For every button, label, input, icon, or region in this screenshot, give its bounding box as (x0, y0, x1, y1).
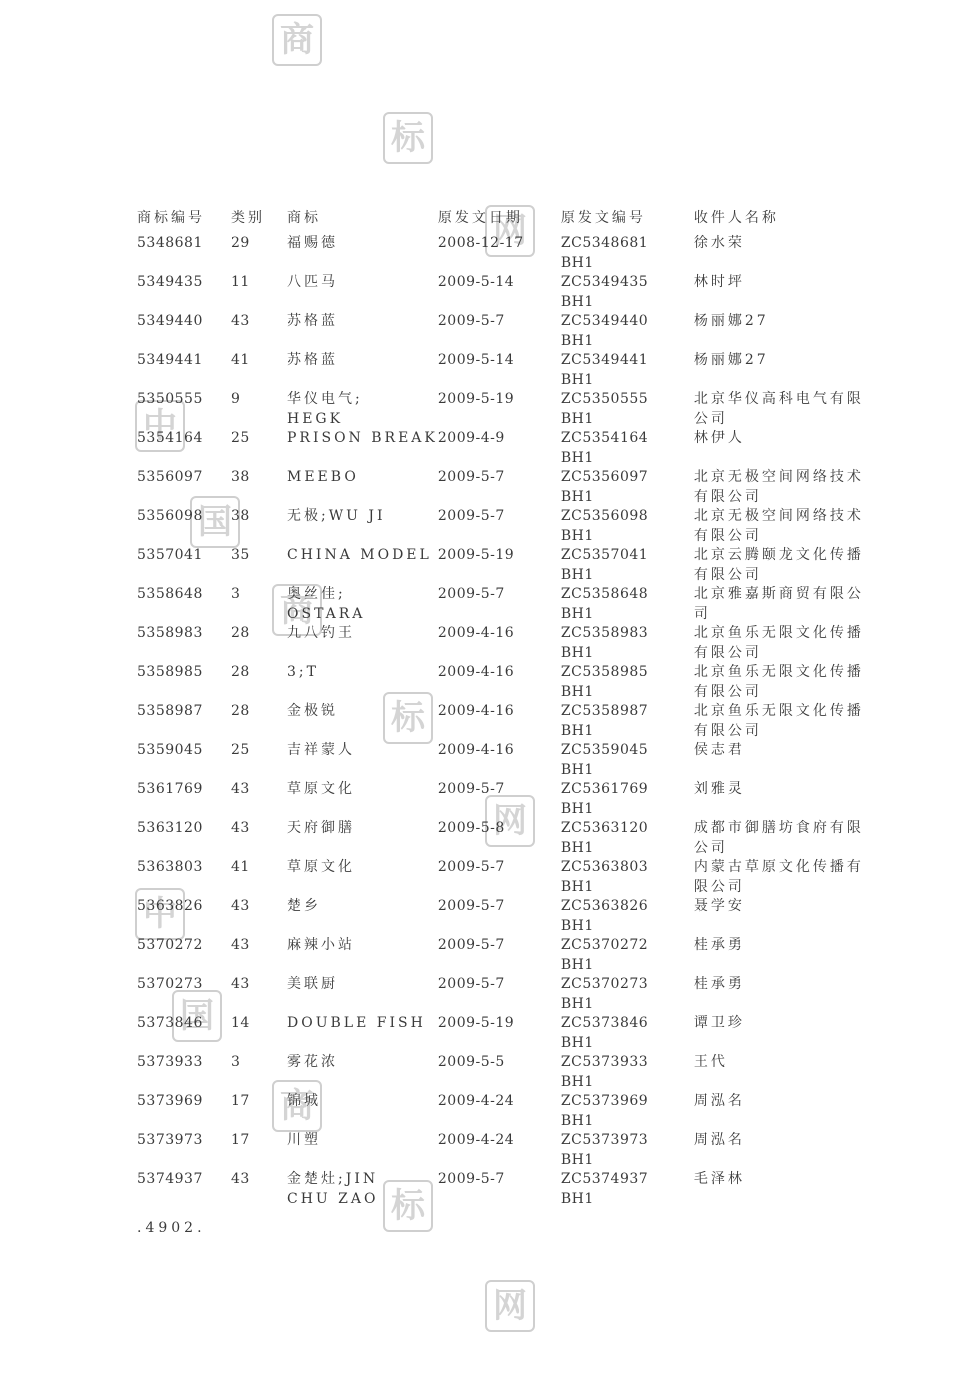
cell-original-date: 2009-5-5 (438, 1053, 561, 1092)
original-date-text: 2009-5-7 (438, 313, 505, 329)
trademark-text: 苏格蓝 (287, 352, 338, 368)
class-text: 28 (231, 664, 250, 680)
recipient-name-text: 林时坪 (694, 274, 745, 290)
class-text: 43 (231, 976, 250, 992)
cell-original-date: 2009-4-24 (438, 1131, 561, 1170)
original-date-text: 2009-5-14 (438, 352, 514, 368)
trademark-text: MEEBO (287, 469, 359, 485)
cell-class: 28 (231, 624, 287, 663)
cell-trademark-number: 5373933 (137, 1053, 231, 1092)
trademark-number-text: 5363803 (137, 859, 203, 875)
cell-trademark: 华仪电气; HEGK (287, 390, 438, 429)
cell-original-date: 2009-5-14 (438, 273, 561, 312)
trademark-text: 奥丝佳; OSTARA (287, 586, 365, 622)
original-doc-number-text: ZC5358648 BH1 (561, 586, 648, 622)
cell-original-date: 2009-4-16 (438, 663, 561, 702)
trademark-text: 无极;WU JI (287, 508, 386, 524)
class-text: 25 (231, 742, 250, 758)
cell-recipient-name: 杨丽娜27 (694, 312, 872, 351)
class-text: 3 (231, 1054, 240, 1070)
cell-original-date: 2009-5-7 (438, 975, 561, 1014)
watermark-icon: 网 (485, 1280, 535, 1332)
trademark-text: 九八钓王 (287, 625, 355, 641)
recipient-name-text: 刘雅灵 (694, 781, 745, 797)
cell-class: 11 (231, 273, 287, 312)
original-doc-number-text: ZC5350555 BH1 (561, 391, 648, 427)
recipient-name-text: 周泓名 (694, 1093, 745, 1109)
cell-original-doc-number: ZC5349441 BH1 (561, 351, 694, 390)
cell-original-doc-number: ZC5349440 BH1 (561, 312, 694, 351)
cell-class: 43 (231, 897, 287, 936)
cell-trademark-number: 5363803 (137, 858, 231, 897)
cell-original-date: 2009-5-14 (438, 351, 561, 390)
class-text: 43 (231, 1171, 250, 1187)
original-doc-number-text: ZC5359045 BH1 (561, 742, 648, 778)
trademark-number-text: 5350555 (137, 391, 203, 407)
trademark-text: 川塑 (287, 1132, 321, 1148)
cell-original-date: 2009-4-16 (438, 624, 561, 663)
cell-recipient-name: 侯志君 (694, 741, 872, 780)
cell-original-date: 2009-5-19 (438, 1014, 561, 1053)
cell-original-doc-number: ZC5363826 BH1 (561, 897, 694, 936)
class-text: 43 (231, 313, 250, 329)
class-text: 3 (231, 586, 240, 602)
cell-original-date: 2009-4-24 (438, 1092, 561, 1131)
cell-recipient-name: 林时坪 (694, 273, 872, 312)
trademark-number-text: 5358987 (137, 703, 203, 719)
original-doc-number-text: ZC5363826 BH1 (561, 898, 648, 934)
cell-original-doc-number: ZC5358983 BH1 (561, 624, 694, 663)
cell-recipient-name: 北京无极空间网络技术 有限公司 (694, 507, 872, 546)
watermark-icon: 标 (383, 112, 433, 164)
cell-original-doc-number: ZC5373973 BH1 (561, 1131, 694, 1170)
trademark-text: CHINA MODEL (287, 547, 432, 563)
cell-recipient-name: 桂承勇 (694, 975, 872, 1014)
header-recipient-name: 收件人名称 (694, 209, 872, 234)
cell-original-date: 2009-5-7 (438, 585, 561, 624)
cell-original-doc-number: ZC5363803 BH1 (561, 858, 694, 897)
cell-trademark-number: 5374937 (137, 1170, 231, 1209)
cell-trademark: 雾花浓 (287, 1053, 438, 1092)
recipient-name-text: 北京鱼乐无限文化传播 有限公司 (694, 625, 864, 661)
cell-trademark: 八匹马 (287, 273, 438, 312)
cell-recipient-name: 林伊人 (694, 429, 872, 468)
cell-original-doc-number: ZC5358987 BH1 (561, 702, 694, 741)
trademark-text: 雾花浓 (287, 1054, 338, 1070)
cell-recipient-name: 北京云腾颐龙文化传播 有限公司 (694, 546, 872, 585)
page-marker: .4902. (137, 1220, 206, 1236)
cell-original-date: 2009-5-7 (438, 312, 561, 351)
class-text: 41 (231, 859, 250, 875)
table-row: 535898328九八钓王2009-4-16ZC5358983 BH1北京鱼乐无… (137, 624, 872, 663)
cell-original-date: 2009-4-9 (438, 429, 561, 468)
cell-recipient-name: 周泓名 (694, 1092, 872, 1131)
cell-trademark: 锦城 (287, 1092, 438, 1131)
cell-original-date: 2008-12-17 (438, 234, 561, 273)
cell-trademark: 吉祥蒙人 (287, 741, 438, 780)
cell-original-doc-number: ZC5373969 BH1 (561, 1092, 694, 1131)
cell-original-doc-number: ZC5358985 BH1 (561, 663, 694, 702)
cell-original-doc-number: ZC5363120 BH1 (561, 819, 694, 858)
original-date-text: 2008-12-17 (438, 235, 524, 251)
cell-class: 43 (231, 975, 287, 1014)
cell-recipient-name: 刘雅灵 (694, 780, 872, 819)
original-date-text: 2009-5-7 (438, 859, 505, 875)
cell-recipient-name: 北京鱼乐无限文化传播 有限公司 (694, 663, 872, 702)
cell-trademark: 苏格蓝 (287, 312, 438, 351)
table-row: 534944141苏格蓝2009-5-14ZC5349441 BH1杨丽娜27 (137, 351, 872, 390)
original-date-text: 2009-5-7 (438, 937, 505, 953)
class-text: 28 (231, 703, 250, 719)
table-row: 534868129福赐德2008-12-17ZC5348681 BH1徐水荣 (137, 234, 872, 273)
cell-trademark-number: 5357041 (137, 546, 231, 585)
cell-original-doc-number: ZC5358648 BH1 (561, 585, 694, 624)
cell-trademark-number: 5358987 (137, 702, 231, 741)
trademark-number-text: 5349440 (137, 313, 203, 329)
cell-class: 41 (231, 858, 287, 897)
class-text: 43 (231, 937, 250, 953)
cell-recipient-name: 北京华仪高科电气有限 公司 (694, 390, 872, 429)
table-row: 537396917锦城2009-4-24ZC5373969 BH1周泓名 (137, 1092, 872, 1131)
trademark-number-text: 5349441 (137, 352, 203, 368)
cell-trademark-number: 5354164 (137, 429, 231, 468)
cell-class: 43 (231, 312, 287, 351)
header-trademark: 商标 (287, 209, 438, 234)
original-doc-number-text: ZC5358987 BH1 (561, 703, 648, 739)
trademark-number-text: 5363826 (137, 898, 203, 914)
cell-original-date: 2009-5-7 (438, 780, 561, 819)
cell-class: 43 (231, 936, 287, 975)
trademark-number-text: 5373969 (137, 1093, 203, 1109)
original-date-text: 2009-5-7 (438, 898, 505, 914)
cell-original-date: 2009-5-7 (438, 468, 561, 507)
original-doc-number-text: ZC5358983 BH1 (561, 625, 648, 661)
original-doc-number-text: ZC5373973 BH1 (561, 1132, 648, 1168)
original-date-text: 2009-5-8 (438, 820, 505, 836)
trademark-text: 华仪电气; HEGK (287, 391, 363, 427)
original-date-text: 2009-4-24 (438, 1132, 514, 1148)
recipient-name-text: 北京鱼乐无限文化传播 有限公司 (694, 703, 864, 739)
recipient-name-text: 周泓名 (694, 1132, 745, 1148)
table-row: 535416425PRISON BREAK2009-4-9ZC5354164 B… (137, 429, 872, 468)
cell-trademark: PRISON BREAK (287, 429, 438, 468)
recipient-name-text: 北京无极空间网络技术 有限公司 (694, 469, 864, 505)
cell-recipient-name: 谭卫珍 (694, 1014, 872, 1053)
cell-trademark-number: 5373973 (137, 1131, 231, 1170)
original-date-text: 2009-5-7 (438, 508, 505, 524)
table-header-row: 商标编号 类别 商标 原发文日期 原发文编号 收件人名称 (137, 209, 872, 234)
cell-trademark-number: 5363826 (137, 897, 231, 936)
cell-class: 3 (231, 585, 287, 624)
trademark-number-text: 5361769 (137, 781, 203, 797)
cell-recipient-name: 内蒙古草原文化传播有 限公司 (694, 858, 872, 897)
class-text: 17 (231, 1093, 250, 1109)
trademark-number-text: 5358983 (137, 625, 203, 641)
class-text: 43 (231, 820, 250, 836)
cell-original-date: 2009-5-7 (438, 936, 561, 975)
cell-trademark-number: 5350555 (137, 390, 231, 429)
cell-original-doc-number: ZC5370272 BH1 (561, 936, 694, 975)
trademark-number-text: 5373846 (137, 1015, 203, 1031)
trademark-text: 苏格蓝 (287, 313, 338, 329)
class-text: 38 (231, 469, 250, 485)
cell-trademark-number: 5349435 (137, 273, 231, 312)
trademark-text: 3;T (287, 664, 319, 680)
trademark-number-text: 5358985 (137, 664, 203, 680)
trademark-number-text: 5348681 (137, 235, 203, 251)
original-doc-number-text: ZC5373846 BH1 (561, 1015, 648, 1051)
table-row: 536312043天府御膳2009-5-8ZC5363120 BH1成都市御膳坊… (137, 819, 872, 858)
cell-trademark-number: 5370272 (137, 936, 231, 975)
cell-class: 25 (231, 741, 287, 780)
cell-trademark: 苏格蓝 (287, 351, 438, 390)
cell-trademark: 金极锐 (287, 702, 438, 741)
original-date-text: 2009-5-7 (438, 469, 505, 485)
cell-trademark: 楚乡 (287, 897, 438, 936)
cell-trademark: 川塑 (287, 1131, 438, 1170)
document-page: 商标网中国商标网中国商标网 商标编号 类别 商标 原发文日期 原发文编号 收件人… (0, 0, 980, 1400)
table-row: 53505559华仪电气; HEGK2009-5-19ZC5350555 BH1… (137, 390, 872, 429)
recipient-name-text: 北京鱼乐无限文化传播 有限公司 (694, 664, 864, 700)
cell-recipient-name: 杨丽娜27 (694, 351, 872, 390)
original-date-text: 2009-4-16 (438, 664, 514, 680)
header-class: 类别 (231, 209, 287, 234)
table-row: 537397317川塑2009-4-24ZC5373973 BH1周泓名 (137, 1131, 872, 1170)
table-row: 537027243麻辣小站2009-5-7ZC5370272 BH1桂承勇 (137, 936, 872, 975)
cell-trademark: 3;T (287, 663, 438, 702)
original-date-text: 2009-5-5 (438, 1054, 505, 1070)
original-doc-number-text: ZC5370272 BH1 (561, 937, 648, 973)
trademark-text: PRISON BREAK (287, 430, 438, 446)
cell-original-date: 2009-5-19 (438, 546, 561, 585)
cell-class: 38 (231, 468, 287, 507)
trademark-text: 金楚灶;JIN CHU ZAO (287, 1171, 379, 1207)
table-row: 53586483奥丝佳; OSTARA2009-5-7ZC5358648 BH1… (137, 585, 872, 624)
class-text: 41 (231, 352, 250, 368)
trademark-number-text: 5374937 (137, 1171, 203, 1187)
cell-original-date: 2009-5-7 (438, 1170, 561, 1209)
cell-original-date: 2009-5-19 (438, 390, 561, 429)
recipient-name-text: 桂承勇 (694, 976, 745, 992)
cell-trademark: 奥丝佳; OSTARA (287, 585, 438, 624)
class-text: 14 (231, 1015, 250, 1031)
original-date-text: 2009-5-14 (438, 274, 514, 290)
original-doc-number-text: ZC5374937 BH1 (561, 1171, 648, 1207)
class-text: 17 (231, 1132, 250, 1148)
trademark-number-text: 5356097 (137, 469, 203, 485)
trademark-number-text: 5370273 (137, 976, 203, 992)
cell-trademark: 草原文化 (287, 858, 438, 897)
original-date-text: 2009-5-7 (438, 781, 505, 797)
original-doc-number-text: ZC5363803 BH1 (561, 859, 648, 895)
class-text: 43 (231, 898, 250, 914)
cell-original-doc-number: ZC5356098 BH1 (561, 507, 694, 546)
cell-trademark: 金楚灶;JIN CHU ZAO (287, 1170, 438, 1209)
cell-trademark-number: 5373846 (137, 1014, 231, 1053)
original-date-text: 2009-4-16 (438, 742, 514, 758)
trademark-text: 天府御膳 (287, 820, 355, 836)
trademark-number-text: 5354164 (137, 430, 203, 446)
recipient-name-text: 谭卫珍 (694, 1015, 745, 1031)
cell-recipient-name: 王代 (694, 1053, 872, 1092)
table-row: 535609738MEEBO2009-5-7ZC5356097 BH1北京无极空… (137, 468, 872, 507)
trademark-number-text: 5357041 (137, 547, 203, 563)
original-doc-number-text: ZC5357041 BH1 (561, 547, 648, 583)
cell-original-doc-number: ZC5354164 BH1 (561, 429, 694, 468)
table-row: 536382643楚乡2009-5-7ZC5363826 BH1聂学安 (137, 897, 872, 936)
original-doc-number-text: ZC5361769 BH1 (561, 781, 648, 817)
trademark-text: 八匹马 (287, 274, 338, 290)
cell-trademark-number: 5361769 (137, 780, 231, 819)
trademark-number-text: 5359045 (137, 742, 203, 758)
class-text: 38 (231, 508, 250, 524)
cell-class: 14 (231, 1014, 287, 1053)
recipient-name-text: 北京华仪高科电气有限 公司 (694, 391, 864, 427)
trademark-number-text: 5349435 (137, 274, 203, 290)
cell-class: 17 (231, 1131, 287, 1170)
class-text: 29 (231, 235, 250, 251)
table-row: 536380341草原文化2009-5-7ZC5363803 BH1内蒙古草原文… (137, 858, 872, 897)
recipient-name-text: 北京无极空间网络技术 有限公司 (694, 508, 864, 544)
header-original-doc-number: 原发文编号 (561, 209, 694, 234)
cell-recipient-name: 徐水荣 (694, 234, 872, 273)
original-date-text: 2009-4-16 (438, 703, 514, 719)
table-row: 53739333雾花浓2009-5-5ZC5373933 BH1王代 (137, 1053, 872, 1092)
cell-trademark-number: 5358648 (137, 585, 231, 624)
class-text: 43 (231, 781, 250, 797)
original-date-text: 2009-5-7 (438, 586, 505, 602)
trademark-text: 福赐德 (287, 235, 338, 251)
class-text: 35 (231, 547, 250, 563)
class-text: 28 (231, 625, 250, 641)
cell-recipient-name: 北京鱼乐无限文化传播 有限公司 (694, 624, 872, 663)
cell-class: 35 (231, 546, 287, 585)
table-row: 535904525吉祥蒙人2009-4-16ZC5359045 BH1侯志君 (137, 741, 872, 780)
cell-recipient-name: 聂学安 (694, 897, 872, 936)
recipient-name-text: 北京云腾颐龙文化传播 有限公司 (694, 547, 864, 583)
recipient-name-text: 桂承勇 (694, 937, 745, 953)
watermark-icon: 商 (272, 14, 322, 66)
recipient-name-text: 王代 (694, 1054, 728, 1070)
cell-recipient-name: 北京鱼乐无限文化传播 有限公司 (694, 702, 872, 741)
original-date-text: 2009-5-19 (438, 391, 514, 407)
original-date-text: 2009-5-7 (438, 976, 505, 992)
recipient-name-text: 聂学安 (694, 898, 745, 914)
cell-trademark: 九八钓王 (287, 624, 438, 663)
trademark-text: 锦城 (287, 1093, 321, 1109)
cell-trademark-number: 5358983 (137, 624, 231, 663)
cell-original-doc-number: ZC5357041 BH1 (561, 546, 694, 585)
original-doc-number-text: ZC5356098 BH1 (561, 508, 648, 544)
cell-recipient-name: 桂承勇 (694, 936, 872, 975)
original-date-text: 2009-5-19 (438, 547, 514, 563)
cell-class: 25 (231, 429, 287, 468)
original-doc-number-text: ZC5373969 BH1 (561, 1093, 648, 1129)
cell-trademark: 麻辣小站 (287, 936, 438, 975)
cell-trademark: DOUBLE FISH (287, 1014, 438, 1053)
original-date-text: 2009-4-24 (438, 1093, 514, 1109)
cell-trademark: 福赐德 (287, 234, 438, 273)
cell-original-doc-number: ZC5373933 BH1 (561, 1053, 694, 1092)
trademark-text: 金极锐 (287, 703, 338, 719)
table-row: 536176943草原文化2009-5-7ZC5361769 BH1刘雅灵 (137, 780, 872, 819)
cell-original-date: 2009-5-7 (438, 507, 561, 546)
table-row: 5358985283;T2009-4-16ZC5358985 BH1北京鱼乐无限… (137, 663, 872, 702)
cell-trademark-number: 5356097 (137, 468, 231, 507)
cell-trademark-number: 5359045 (137, 741, 231, 780)
cell-trademark-number: 5373969 (137, 1092, 231, 1131)
recipient-name-text: 林伊人 (694, 430, 745, 446)
header-original-date: 原发文日期 (438, 209, 561, 234)
cell-recipient-name: 成都市御膳坊食府有限 公司 (694, 819, 872, 858)
table-row: 535898728金极锐2009-4-16ZC5358987 BH1北京鱼乐无限… (137, 702, 872, 741)
original-doc-number-text: ZC5348681 BH1 (561, 235, 648, 271)
original-date-text: 2009-5-19 (438, 1015, 514, 1031)
cell-recipient-name: 北京雅嘉斯商贸有限公 司 (694, 585, 872, 624)
cell-class: 28 (231, 702, 287, 741)
original-date-text: 2009-4-9 (438, 430, 505, 446)
trademark-records-table: 商标编号 类别 商标 原发文日期 原发文编号 收件人名称 534868129福赐… (137, 209, 872, 1209)
class-text: 9 (231, 391, 240, 407)
cell-original-doc-number: ZC5361769 BH1 (561, 780, 694, 819)
cell-class: 3 (231, 1053, 287, 1092)
cell-trademark: 天府御膳 (287, 819, 438, 858)
original-doc-number-text: ZC5358985 BH1 (561, 664, 648, 700)
table-row: 534943511八匹马2009-5-14ZC5349435 BH1林时坪 (137, 273, 872, 312)
cell-class: 17 (231, 1092, 287, 1131)
trademark-text: 美联厨 (287, 976, 338, 992)
recipient-name-text: 成都市御膳坊食府有限 公司 (694, 820, 864, 856)
cell-original-doc-number: ZC5373846 BH1 (561, 1014, 694, 1053)
cell-original-doc-number: ZC5356097 BH1 (561, 468, 694, 507)
cell-trademark: CHINA MODEL (287, 546, 438, 585)
cell-trademark-number: 5363120 (137, 819, 231, 858)
original-doc-number-text: ZC5354164 BH1 (561, 430, 648, 466)
cell-original-date: 2009-5-7 (438, 897, 561, 936)
original-doc-number-text: ZC5349440 BH1 (561, 313, 648, 349)
cell-trademark: 草原文化 (287, 780, 438, 819)
header-trademark-number: 商标编号 (137, 209, 231, 234)
cell-class: 28 (231, 663, 287, 702)
original-doc-number-text: ZC5363120 BH1 (561, 820, 648, 856)
trademark-number-text: 5358648 (137, 586, 203, 602)
trademark-number-text: 5356098 (137, 508, 203, 524)
table-row: 535704135CHINA MODEL2009-5-19ZC5357041 B… (137, 546, 872, 585)
recipient-name-text: 北京雅嘉斯商贸有限公 司 (694, 586, 864, 622)
cell-trademark-number: 5349440 (137, 312, 231, 351)
cell-trademark-number: 5370273 (137, 975, 231, 1014)
cell-trademark: MEEBO (287, 468, 438, 507)
cell-original-date: 2009-4-16 (438, 702, 561, 741)
cell-class: 43 (231, 1170, 287, 1209)
cell-class: 38 (231, 507, 287, 546)
cell-recipient-name: 周泓名 (694, 1131, 872, 1170)
cell-trademark-number: 5356098 (137, 507, 231, 546)
original-date-text: 2009-4-16 (438, 625, 514, 641)
cell-class: 43 (231, 819, 287, 858)
cell-trademark-number: 5349441 (137, 351, 231, 390)
trademark-number-text: 5373933 (137, 1054, 203, 1070)
table-row: 537027343美联厨2009-5-7ZC5370273 BH1桂承勇 (137, 975, 872, 1014)
trademark-text: 麻辣小站 (287, 937, 355, 953)
cell-original-doc-number: ZC5349435 BH1 (561, 273, 694, 312)
cell-recipient-name: 毛泽林 (694, 1170, 872, 1209)
cell-original-date: 2009-4-16 (438, 741, 561, 780)
original-date-text: 2009-5-7 (438, 1171, 505, 1187)
class-text: 25 (231, 430, 250, 446)
recipient-name-text: 徐水荣 (694, 235, 745, 251)
original-doc-number-text: ZC5349435 BH1 (561, 274, 648, 310)
